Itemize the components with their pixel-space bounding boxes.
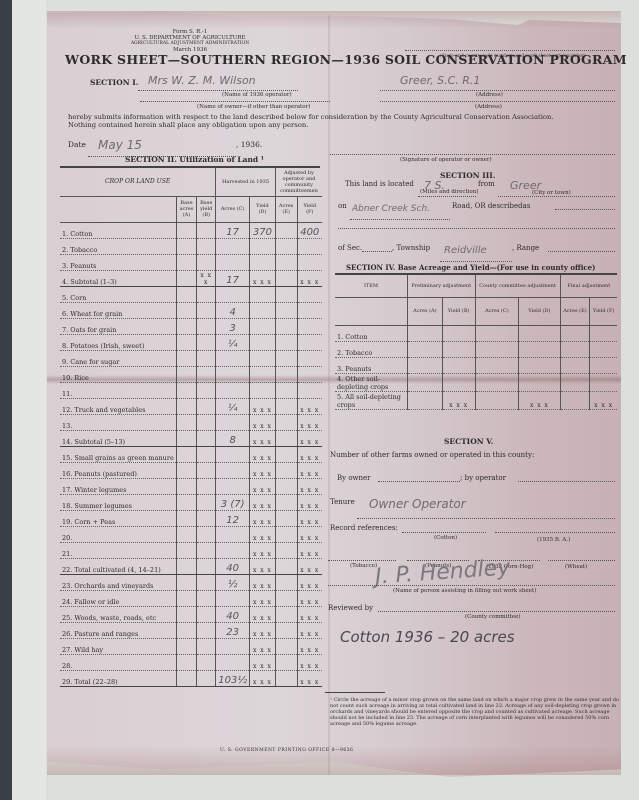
cell-b bbox=[197, 222, 216, 238]
cell-d bbox=[519, 373, 560, 391]
cell-e bbox=[275, 222, 297, 238]
cell-f bbox=[297, 302, 322, 318]
preliminary-header: Preliminary adjustment bbox=[408, 275, 476, 297]
cell-c: ¼ bbox=[216, 334, 250, 350]
row-label: 15. Small grains as green manure bbox=[60, 446, 176, 462]
cell-c: 40 bbox=[216, 606, 250, 622]
row-label: 10. Rice bbox=[60, 366, 176, 382]
cell-b bbox=[197, 334, 216, 350]
serial-number-line bbox=[405, 50, 615, 51]
cell-e bbox=[275, 302, 297, 318]
s4-col-a-header: Acres (A) bbox=[408, 297, 443, 325]
row-label: 7. Oats for grain bbox=[60, 318, 176, 334]
row-label: 3. Peanuts bbox=[335, 357, 408, 373]
row-label: 20. bbox=[60, 526, 176, 542]
cell-a bbox=[176, 430, 196, 446]
row-label: 1. Cotton bbox=[335, 325, 408, 341]
cell-c bbox=[216, 254, 250, 270]
cell-f: x x x bbox=[297, 446, 322, 462]
col-c-header: Acres (C) bbox=[216, 196, 250, 222]
cell-c bbox=[475, 341, 519, 357]
cell-d: x x x bbox=[250, 414, 276, 430]
cell-b bbox=[197, 350, 216, 366]
cell-c bbox=[216, 478, 250, 494]
cell-f: x x x bbox=[297, 494, 322, 510]
cell-d: x x x bbox=[250, 590, 276, 606]
table-row: 12. Truck and vegetables¼x x xx x x bbox=[60, 398, 322, 414]
cell-f bbox=[297, 366, 322, 382]
row-label: 11. bbox=[60, 382, 176, 398]
cell-b bbox=[197, 254, 216, 270]
table-row: 13.x x xx x x bbox=[60, 414, 322, 430]
cell-b: x x x bbox=[197, 270, 216, 286]
table-row: 15. Small grains as green manurex x xx x… bbox=[60, 446, 322, 462]
cell-e bbox=[275, 366, 297, 382]
cell-c bbox=[216, 382, 250, 398]
cell-b bbox=[442, 357, 475, 373]
cell-a bbox=[176, 302, 196, 318]
cell-d: x x x bbox=[250, 398, 276, 414]
col-b-header: Base yield (B) bbox=[197, 196, 216, 222]
cell-e bbox=[275, 638, 297, 654]
caption-ba: (1935 B. A.) bbox=[537, 537, 570, 543]
cell-f bbox=[297, 238, 322, 254]
cell-d bbox=[519, 341, 560, 357]
cell-c bbox=[475, 357, 519, 373]
row-label: 22. Total cultivated (4, 14–21) bbox=[60, 558, 176, 574]
printer-line: U. S. GOVERNMENT PRINTING OFFICE 8—9636 bbox=[220, 748, 353, 753]
cell-a bbox=[176, 318, 196, 334]
cell-e bbox=[275, 510, 297, 526]
utilization-table: CROP OR LAND USE Harvested in 1935 Adjus… bbox=[60, 168, 322, 687]
handwritten-note: Cotton 1936 – 20 acres bbox=[340, 628, 515, 646]
by-owner-field bbox=[378, 481, 460, 482]
table-row: 16. Peanuts (pastured)x x xx x x bbox=[60, 462, 322, 478]
cell-a bbox=[176, 222, 196, 238]
cell-e bbox=[560, 357, 590, 373]
reviewed-label: Reviewed by bbox=[328, 604, 373, 612]
cell-e bbox=[275, 654, 297, 670]
record-wheat-line bbox=[548, 560, 615, 561]
cell-e bbox=[560, 391, 590, 409]
cell-b bbox=[197, 430, 216, 446]
cell-a bbox=[176, 510, 196, 526]
owner-line bbox=[140, 101, 330, 102]
cell-d bbox=[250, 366, 276, 382]
cell-d: x x x bbox=[250, 638, 276, 654]
row-label: 3. Peanuts bbox=[60, 254, 176, 270]
section3-title: SECTION III. bbox=[440, 171, 495, 180]
row-label: 23. Orchards and vineyards bbox=[60, 574, 176, 590]
cell-d: x x x bbox=[519, 391, 560, 409]
section1-label: SECTION I. bbox=[90, 78, 138, 87]
by-owner-label: By owner bbox=[337, 474, 371, 482]
cell-b bbox=[197, 558, 216, 574]
table-row: 7. Oats for grain3 bbox=[60, 318, 322, 334]
cell-a bbox=[176, 478, 196, 494]
table-row: 17. Winter legumesx x xx x x bbox=[60, 478, 322, 494]
cell-f: x x x bbox=[297, 526, 322, 542]
cell-f: x x x bbox=[297, 430, 322, 446]
cell-c bbox=[216, 286, 250, 302]
road-field: Abner Creek Sch. bbox=[350, 209, 450, 220]
page-title: WORK SHEET—SOUTHERN REGION—1936 SOIL CON… bbox=[65, 52, 627, 67]
cell-a bbox=[408, 325, 443, 341]
cell-a bbox=[176, 590, 196, 606]
cell-e bbox=[275, 318, 297, 334]
row-label: 28. bbox=[60, 654, 176, 670]
located-caption: (Miles and direction) bbox=[420, 189, 478, 195]
operator-caption: (Name of 1936 operator) bbox=[222, 92, 292, 98]
table-row: 6. Wheat for grain4 bbox=[60, 302, 322, 318]
cell-a bbox=[176, 638, 196, 654]
cell-f bbox=[590, 357, 617, 373]
cell-c: 17 bbox=[216, 270, 250, 286]
table-row: 21.x x xx x x bbox=[60, 542, 322, 558]
cell-d: 370 bbox=[250, 222, 276, 238]
row-label: 4. Other soil-depleting crops bbox=[335, 373, 408, 391]
cell-b bbox=[197, 318, 216, 334]
row-label: 13. bbox=[60, 414, 176, 430]
cell-a bbox=[176, 622, 196, 638]
cell-e bbox=[275, 590, 297, 606]
cell-a bbox=[176, 238, 196, 254]
cell-b bbox=[197, 638, 216, 654]
cell-f bbox=[297, 382, 322, 398]
located-label: This land is located bbox=[345, 180, 414, 188]
table-row: 3. Peanuts bbox=[335, 357, 617, 373]
cell-e bbox=[275, 606, 297, 622]
cell-b: x x x bbox=[442, 391, 475, 409]
cell-c: 23 bbox=[216, 622, 250, 638]
cell-e bbox=[275, 430, 297, 446]
s4-col-f-header: Yield (F) bbox=[590, 297, 617, 325]
cell-e bbox=[275, 462, 297, 478]
cell-c bbox=[216, 414, 250, 430]
cell-e bbox=[560, 325, 590, 341]
cell-f bbox=[297, 286, 322, 302]
cell-c bbox=[216, 238, 250, 254]
cell-f: x x x bbox=[297, 654, 322, 670]
cell-f bbox=[297, 334, 322, 350]
row-label: 6. Wheat for grain bbox=[60, 302, 176, 318]
col-d-header: Yield (D) bbox=[250, 196, 276, 222]
tenure-field: Owner Operator bbox=[357, 506, 615, 519]
table-row: 11. bbox=[60, 382, 322, 398]
cell-b bbox=[197, 526, 216, 542]
caption-cotton: (Cotton) bbox=[434, 535, 457, 541]
cell-a bbox=[176, 334, 196, 350]
table-row: 9. Cane for sugar bbox=[60, 350, 322, 366]
cell-b bbox=[197, 478, 216, 494]
cell-c bbox=[216, 366, 250, 382]
background-dark-edge bbox=[0, 0, 12, 800]
cell-a bbox=[176, 350, 196, 366]
cell-a bbox=[176, 558, 196, 574]
road-value: Abner Creek Sch. bbox=[352, 204, 430, 214]
reviewed-caption: (County committee) bbox=[465, 614, 520, 620]
table-row: 27. Wild hayx x xx x x bbox=[60, 638, 322, 654]
table-row: 8. Potatoes (Irish, sweet)¼ bbox=[60, 334, 322, 350]
cell-a bbox=[408, 357, 443, 373]
cell-f: x x x bbox=[297, 398, 322, 414]
cell-b bbox=[197, 286, 216, 302]
background-surface bbox=[12, 0, 46, 800]
cell-b bbox=[197, 302, 216, 318]
township-label: , Township bbox=[392, 244, 430, 252]
date-value: May 15 bbox=[98, 138, 142, 152]
section5-title: SECTION V. bbox=[444, 437, 493, 446]
owner-address-line bbox=[380, 101, 615, 102]
operator-name: Mrs W. Z. M. Wilson bbox=[148, 74, 256, 87]
cell-a bbox=[176, 270, 196, 286]
table-row: 29. Total (22–28)103½x x xx x x bbox=[60, 670, 322, 686]
record-ba-line bbox=[495, 532, 615, 533]
form-header: Form S. R.-1 U. S. DEPARTMENT OF AGRICUL… bbox=[130, 29, 250, 53]
table-row: 18. Summer legumes3 (7)x x xx x x bbox=[60, 494, 322, 510]
adjusted-header: Adjusted by operator and community commi… bbox=[275, 168, 322, 196]
date-label: Date bbox=[68, 140, 86, 149]
road-label: Road, OR describedas bbox=[452, 202, 530, 210]
cell-f: x x x bbox=[297, 558, 322, 574]
row-label: 2. Tobacco bbox=[60, 238, 176, 254]
cell-c bbox=[475, 325, 519, 341]
cell-d: x x x bbox=[250, 574, 276, 590]
col-e-header: Acres (E) bbox=[275, 196, 297, 222]
row-label: 9. Cane for sugar bbox=[60, 350, 176, 366]
signature-caption: (Signature of operator or owner) bbox=[400, 157, 492, 163]
table-row: 22. Total cultivated (4, 14–21)40x x xx … bbox=[60, 558, 322, 574]
cell-c: ½ bbox=[216, 574, 250, 590]
base-acreage-table: ITEM Preliminary adjustment County commi… bbox=[335, 275, 617, 410]
section2-title: SECTION II. Utilization of Land ¹ bbox=[125, 155, 264, 164]
cell-f: x x x bbox=[297, 270, 322, 286]
cell-a bbox=[176, 414, 196, 430]
table-row: 3. Peanuts bbox=[60, 254, 322, 270]
cell-c bbox=[216, 654, 250, 670]
table-row: 5. All soil-depleting cropsx x xx x xx x… bbox=[335, 391, 617, 409]
cell-d bbox=[519, 325, 560, 341]
row-label: 8. Potatoes (Irish, sweet) bbox=[60, 334, 176, 350]
col-f-header: Yield (F) bbox=[297, 196, 322, 222]
cell-d bbox=[250, 382, 276, 398]
table-row: 4. Other soil-depleting crops bbox=[335, 373, 617, 391]
cell-b bbox=[197, 606, 216, 622]
operator-name-field: Mrs W. Z. M. Wilson bbox=[138, 80, 298, 91]
crop-header: CROP OR LAND USE bbox=[60, 168, 216, 196]
cell-a bbox=[176, 382, 196, 398]
cell-d: x x x bbox=[250, 670, 276, 686]
cell-a bbox=[176, 606, 196, 622]
cell-d: x x x bbox=[250, 510, 276, 526]
row-label: 25. Woods, waste, roads, etc bbox=[60, 606, 176, 622]
cell-b bbox=[197, 382, 216, 398]
date-year: , 1936. bbox=[236, 140, 262, 149]
cell-d: x x x bbox=[250, 542, 276, 558]
caption-tobacco: (Tobacco) bbox=[350, 563, 377, 569]
cell-d bbox=[250, 238, 276, 254]
table-row: 24. Fallow or idlex x xx x x bbox=[60, 590, 322, 606]
cell-e bbox=[275, 382, 297, 398]
row-label: 5. Corn bbox=[60, 286, 176, 302]
cell-b bbox=[197, 398, 216, 414]
caption-wheat: (Wheat) bbox=[565, 564, 587, 570]
cell-c: 12 bbox=[216, 510, 250, 526]
row-label: 21. bbox=[60, 542, 176, 558]
farms-label: Number of other farms owned or operated … bbox=[330, 451, 534, 459]
sec-label: of Sec. bbox=[338, 244, 362, 252]
cell-c bbox=[475, 373, 519, 391]
harvested-header: Harvested in 1935 bbox=[216, 168, 276, 196]
owner-caption: (Name of owner—if other than operator) bbox=[197, 104, 310, 110]
cell-a bbox=[176, 494, 196, 510]
row-label: 27. Wild hay bbox=[60, 638, 176, 654]
cell-e bbox=[275, 446, 297, 462]
cell-a bbox=[408, 391, 443, 409]
cell-b bbox=[197, 414, 216, 430]
township-field: Reidville bbox=[440, 251, 512, 262]
cell-b bbox=[197, 446, 216, 462]
cell-d bbox=[250, 350, 276, 366]
cell-b bbox=[197, 462, 216, 478]
cell-b bbox=[197, 670, 216, 686]
cell-c: 17 bbox=[216, 222, 250, 238]
cell-b bbox=[197, 542, 216, 558]
cell-d: x x x bbox=[250, 622, 276, 638]
table-row: 20.x x xx x x bbox=[60, 526, 322, 542]
by-operator-label: ; by operator bbox=[460, 474, 506, 482]
owner-address-caption: (Address) bbox=[475, 104, 502, 110]
range-field bbox=[548, 251, 615, 252]
cell-a bbox=[176, 574, 196, 590]
cell-b bbox=[197, 238, 216, 254]
record-cotton-line bbox=[402, 532, 486, 533]
cell-c: 8 bbox=[216, 430, 250, 446]
cell-c bbox=[216, 350, 250, 366]
cell-e bbox=[275, 238, 297, 254]
cell-a bbox=[176, 286, 196, 302]
cell-d: x x x bbox=[250, 606, 276, 622]
cell-e bbox=[275, 286, 297, 302]
footnote-rule bbox=[325, 692, 385, 693]
cell-e bbox=[275, 526, 297, 542]
statement-1: hereby submits information with respect … bbox=[68, 113, 554, 121]
final-header: Final adjustment bbox=[560, 275, 617, 297]
address-field: Greer, S.C. R.1 bbox=[380, 80, 615, 91]
by-operator-field bbox=[518, 481, 615, 482]
cell-a bbox=[176, 446, 196, 462]
cell-a bbox=[176, 366, 196, 382]
signature-line bbox=[330, 154, 615, 155]
cell-b bbox=[442, 373, 475, 391]
cell-f: x x x bbox=[297, 478, 322, 494]
cell-f: x x x bbox=[297, 462, 322, 478]
row-label: 2. Tobacco bbox=[335, 341, 408, 357]
address-caption: (Address) bbox=[476, 92, 503, 98]
row-label: 19. Corn + Peas bbox=[60, 510, 176, 526]
cell-e bbox=[275, 494, 297, 510]
cell-d: x x x bbox=[250, 654, 276, 670]
cell-a bbox=[176, 670, 196, 686]
cell-f: x x x bbox=[590, 391, 617, 409]
table-row: 2. Tobacco bbox=[60, 238, 322, 254]
cell-f bbox=[590, 341, 617, 357]
cell-c bbox=[475, 391, 519, 409]
cell-f: x x x bbox=[297, 590, 322, 606]
cell-c bbox=[216, 590, 250, 606]
cell-d: x x x bbox=[250, 270, 276, 286]
cell-d: x x x bbox=[250, 462, 276, 478]
item-header-blank bbox=[335, 297, 408, 325]
row-label: 4. Subtotal (1–3) bbox=[60, 270, 176, 286]
cell-a bbox=[408, 341, 443, 357]
cell-c: 4 bbox=[216, 302, 250, 318]
cell-b bbox=[197, 494, 216, 510]
cell-a bbox=[176, 462, 196, 478]
statement-2: Nothing contained herein shall place any… bbox=[68, 121, 308, 129]
cell-f bbox=[297, 350, 322, 366]
cell-e bbox=[275, 414, 297, 430]
on-label: on bbox=[338, 202, 347, 210]
s4-col-d-header: Yield (D) bbox=[519, 297, 560, 325]
cell-a bbox=[176, 398, 196, 414]
cell-f: x x x bbox=[297, 574, 322, 590]
cell-e bbox=[275, 350, 297, 366]
cell-f: 400 bbox=[297, 222, 322, 238]
cell-f: x x x bbox=[297, 510, 322, 526]
cell-f bbox=[590, 325, 617, 341]
reviewed-field bbox=[378, 611, 615, 612]
cell-e bbox=[275, 334, 297, 350]
row-label: 17. Winter legumes bbox=[60, 478, 176, 494]
township-value: Reidville bbox=[444, 245, 487, 256]
row-label: 18. Summer legumes bbox=[60, 494, 176, 510]
table-row: 14. Subtotal (5–13)8x x xx x x bbox=[60, 430, 322, 446]
cell-b bbox=[197, 366, 216, 382]
from-caption: (City or town) bbox=[532, 190, 571, 196]
cell-e bbox=[275, 398, 297, 414]
table-row: 10. Rice bbox=[60, 366, 322, 382]
col-a-header: Base acres (A) bbox=[176, 196, 196, 222]
row-label: 1. Cotton bbox=[60, 222, 176, 238]
cell-d: x x x bbox=[250, 478, 276, 494]
cell-e bbox=[275, 558, 297, 574]
assisting-line bbox=[328, 585, 615, 586]
table-row: 5. Corn bbox=[60, 286, 322, 302]
cell-e bbox=[275, 622, 297, 638]
cell-e bbox=[275, 670, 297, 686]
cell-c bbox=[216, 462, 250, 478]
section4-title: SECTION IV. Base Acreage and Yield—(For … bbox=[346, 263, 595, 272]
s4-col-b-header: Yield (B) bbox=[442, 297, 475, 325]
cell-f: x x x bbox=[297, 414, 322, 430]
s4-col-e-header: Acres (E) bbox=[560, 297, 590, 325]
cell-b bbox=[197, 654, 216, 670]
cell-d: x x x bbox=[250, 526, 276, 542]
range-label: , Range bbox=[512, 244, 539, 252]
cell-f: x x x bbox=[297, 670, 322, 686]
assisting-caption: (Name of person assisting in filling out… bbox=[393, 588, 536, 594]
cell-c: 40 bbox=[216, 558, 250, 574]
cell-c bbox=[216, 526, 250, 542]
row-label: 12. Truck and vegetables bbox=[60, 398, 176, 414]
tenure-value: Owner Operator bbox=[369, 497, 466, 511]
cell-f bbox=[297, 318, 322, 334]
cell-a bbox=[176, 542, 196, 558]
cell-c: 103½ bbox=[216, 670, 250, 686]
footnote: ¹ Circle the acreage of a minor crop gro… bbox=[330, 697, 620, 727]
cell-a bbox=[176, 526, 196, 542]
